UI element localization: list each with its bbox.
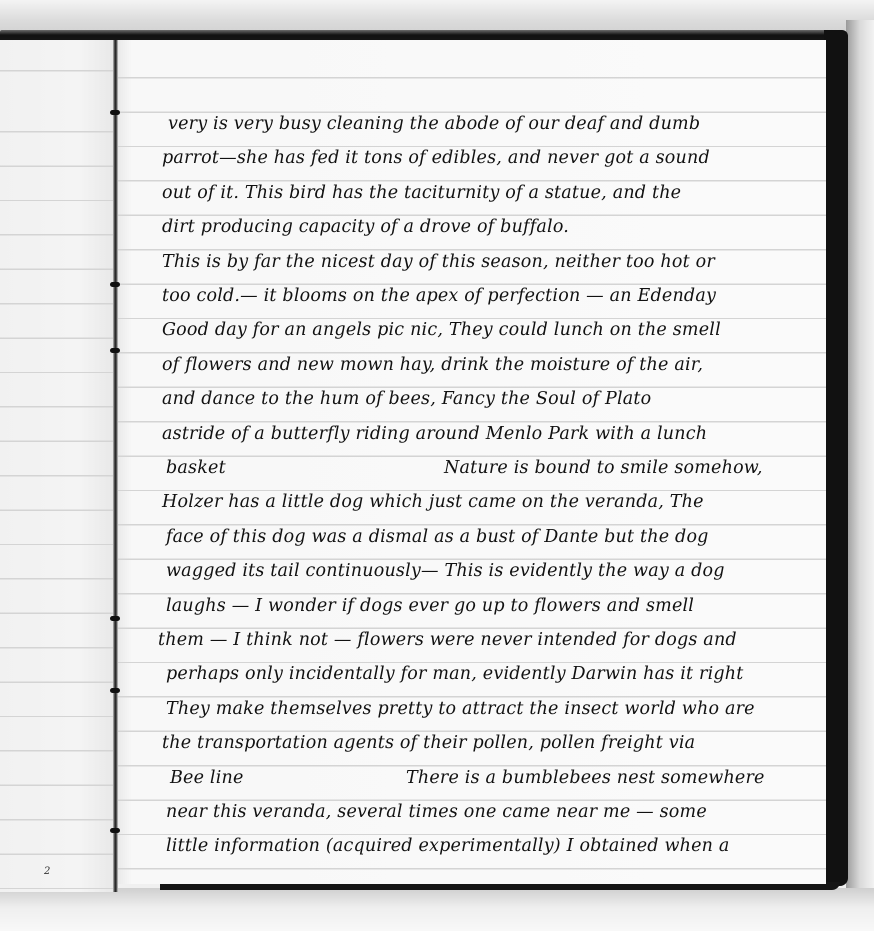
text-line-content: They make themselves pretty to attract t… xyxy=(166,699,755,719)
notebook-shadow-bottom xyxy=(0,888,874,931)
binding-stitch-icon xyxy=(110,688,120,693)
text-line: too cold.— it blooms on the apex of perf… xyxy=(162,286,716,306)
left-page xyxy=(0,40,114,892)
text-line-content: out of it. This bird has the taciturnity… xyxy=(162,183,681,203)
text-line-continuation: Nature is bound to smile somehow, xyxy=(444,458,763,478)
text-line: astride of a butterfly riding around Men… xyxy=(162,424,707,444)
ruled-lines xyxy=(0,40,114,892)
text-line-content: little information (acquired experimenta… xyxy=(166,836,730,856)
text-line-content: and dance to the hum of bees, Fancy the … xyxy=(162,389,651,409)
page-mark: 2 xyxy=(44,866,50,877)
text-line: This is by far the nicest day of this se… xyxy=(162,252,715,272)
text-line-content: This is by far the nicest day of this se… xyxy=(162,252,715,272)
text-line-content: basket xyxy=(166,458,226,478)
text-line-content: Holzer has a little dog which just came … xyxy=(162,492,704,512)
binding-gutter xyxy=(113,40,118,892)
text-line-content: dirt producing capacity of a drove of bu… xyxy=(162,217,569,237)
text-line: basketNature is bound to smile somehow, xyxy=(166,458,226,478)
text-line-content: near this veranda, several times one cam… xyxy=(166,802,707,822)
text-line: very is very busy cleaning the abode of … xyxy=(168,114,700,134)
notebook-shadow-right xyxy=(846,20,874,900)
text-line-content: the transportation agents of their polle… xyxy=(162,733,695,753)
text-line-content: perhaps only incidentally for man, evide… xyxy=(166,664,744,684)
text-line: face of this dog was a dismal as a bust … xyxy=(166,527,709,547)
text-line-continuation: There is a bumblebees nest somewhere xyxy=(406,768,765,788)
text-line-content: Bee line xyxy=(170,768,244,788)
binding-stitch-icon xyxy=(110,282,120,287)
text-line-content: Good day for an angels pic nic, They cou… xyxy=(162,320,721,340)
text-line: near this veranda, several times one cam… xyxy=(166,802,707,822)
text-line: parrot—she has fed it tons of edibles, a… xyxy=(162,148,710,168)
text-line-content: of flowers and new mown hay, drink the m… xyxy=(162,355,703,375)
text-line: Holzer has a little dog which just came … xyxy=(162,492,704,512)
text-line: dirt producing capacity of a drove of bu… xyxy=(162,217,569,237)
text-line-content: laughs — I wonder if dogs ever go up to … xyxy=(166,596,694,616)
text-line-content: too cold.— it blooms on the apex of perf… xyxy=(162,286,716,306)
text-line: the transportation agents of their polle… xyxy=(162,733,695,753)
text-line: Good day for an angels pic nic, They cou… xyxy=(162,320,721,340)
text-line: little information (acquired experimenta… xyxy=(166,836,730,856)
binding-stitch-icon xyxy=(110,348,120,353)
text-line: and dance to the hum of bees, Fancy the … xyxy=(162,389,651,409)
notebook-cover-edge xyxy=(824,30,848,886)
binding-stitch-icon xyxy=(110,110,120,115)
text-line-content: very is very busy cleaning the abode of … xyxy=(168,114,700,134)
text-line: They make themselves pretty to attract t… xyxy=(166,699,755,719)
binding-stitch-icon xyxy=(110,828,120,833)
text-line: them — I think not — flowers were never … xyxy=(158,630,737,650)
text-line-content: face of this dog was a dismal as a bust … xyxy=(166,527,709,547)
text-line-content: wagged its tail continuously— This is ev… xyxy=(166,561,725,581)
text-line: of flowers and new mown hay, drink the m… xyxy=(162,355,703,375)
binding-stitch-icon xyxy=(110,616,120,621)
text-line: laughs — I wonder if dogs ever go up to … xyxy=(166,596,694,616)
text-line-content: astride of a butterfly riding around Men… xyxy=(162,424,707,444)
text-line-content: them — I think not — flowers were never … xyxy=(158,630,737,650)
text-line: out of it. This bird has the taciturnity… xyxy=(162,183,681,203)
text-line: Bee lineThere is a bumblebees nest somew… xyxy=(170,768,244,788)
text-line: wagged its tail continuously— This is ev… xyxy=(166,561,725,581)
text-line-content: parrot—she has fed it tons of edibles, a… xyxy=(162,148,710,168)
text-line: perhaps only incidentally for man, evide… xyxy=(166,664,744,684)
